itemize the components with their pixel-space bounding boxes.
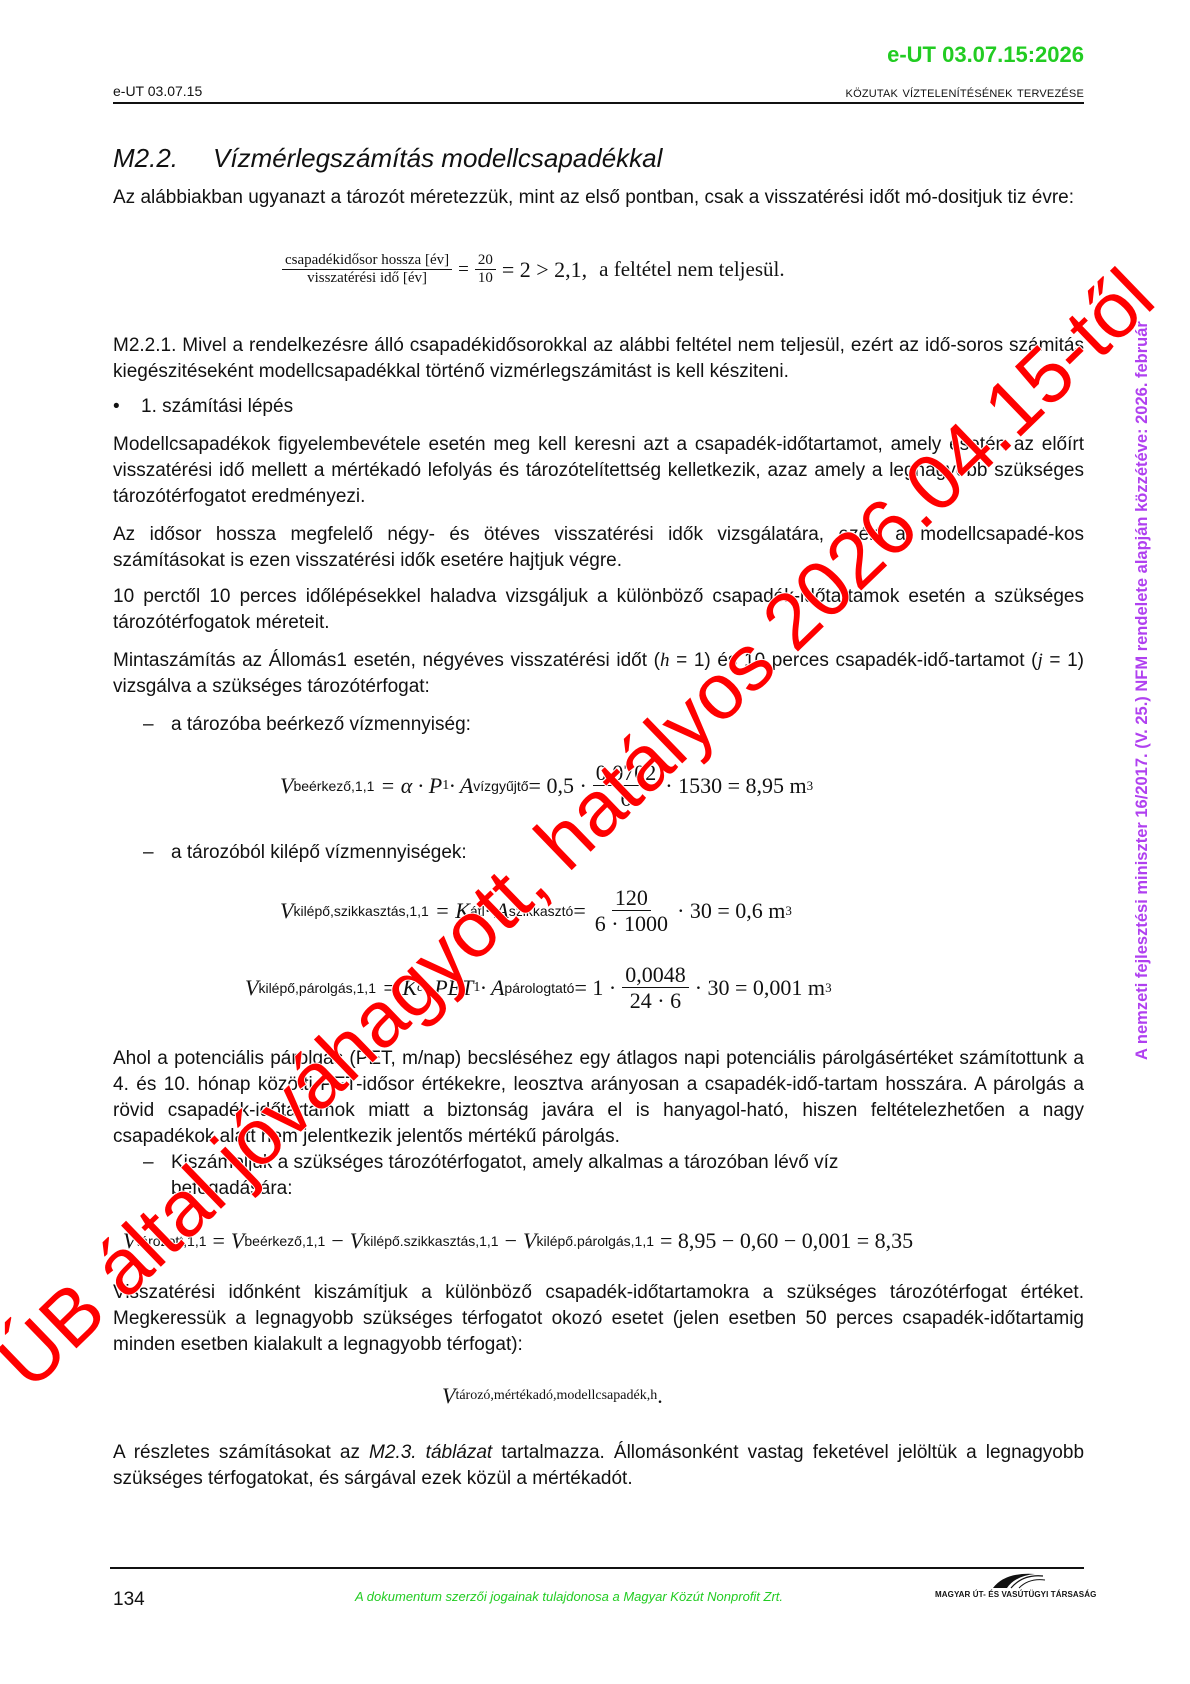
var: V [442, 1383, 455, 1409]
sub: beérkező,1,1 [244, 1233, 325, 1249]
sub: vízgyűjtő [473, 778, 528, 794]
var: V [523, 1228, 536, 1254]
header-rule [113, 102, 1084, 104]
expr: = α · P [380, 773, 442, 799]
fraction-denominator: 10 [475, 270, 496, 287]
text: A részletes számításokat az [113, 1442, 369, 1463]
text: Mintaszámítás az Állomás1 esetén, négyév… [113, 650, 660, 671]
header-doc-code: e-UT 03.07.15 [113, 83, 202, 99]
storage-formula: Vtározott,1,1 = Vbeérkező,1,1 − Vkilépő.… [123, 1228, 913, 1254]
var: V [231, 1228, 244, 1254]
eq: = 1 · [574, 975, 616, 1001]
table-reference: M2.3. táblázat [369, 1442, 492, 1463]
header-doc-title: Közutak víztelenítésének tervezése [846, 84, 1084, 101]
logo-text: MAGYAR ÚT- ÉS VASÚTÜGYI TÁRSASÁG [935, 1590, 1096, 1599]
minus: − [505, 1228, 517, 1254]
var: · A [449, 773, 473, 799]
sup: 3 [807, 778, 814, 794]
section-title: M2.2.Vízmérlegszámítás modellcsapadékkal [113, 143, 662, 174]
var: V [280, 898, 293, 924]
dash-item-outflow: –a tározóból kilépő vízmennyiségek: [143, 840, 467, 866]
design-volume-formula: Vtározó,mértékadó,modellcsapadék,h. [442, 1383, 663, 1409]
result: · 30 = 0,6 m [677, 898, 785, 924]
sub: tározó,mértékadó,modellcsapadék,h [455, 1388, 657, 1404]
period: . [657, 1383, 663, 1409]
var: V [280, 773, 293, 799]
page-number: 134 [113, 1589, 145, 1611]
condition-formula: csapadékidősor hossza [év]visszatérési i… [282, 252, 785, 288]
society-logo: MAGYAR ÚT- ÉS VASÚTÜGYI TÁRSASÁG [935, 1568, 1085, 1608]
road-arc-icon [935, 1568, 1085, 1592]
condition-result: = 2 > 2,1, [502, 257, 587, 283]
fraction-denominator: 6 · 1000 [592, 911, 671, 936]
fraction-denominator: visszatérési idő [év] [304, 270, 430, 287]
condition-text: a feltétel nem teljesül. [599, 257, 784, 282]
sup: 3 [785, 903, 792, 919]
section-number: M2.2. [113, 143, 213, 174]
fraction-numerator: 20 [475, 252, 496, 270]
paragraph-sample: Mintaszámítás az Állomás1 esetén, négyév… [113, 648, 1084, 700]
equals: = [458, 259, 469, 281]
sub: kilépő.szikkasztás,1,1 [363, 1233, 498, 1249]
bullet-dot-icon: • [113, 396, 141, 418]
sub: párologtató [504, 980, 574, 996]
minus: − [331, 1228, 343, 1254]
paragraph-intro: Az alábbiakban ugyanazt a tározót mérete… [113, 185, 1084, 211]
paragraph-timestep: 10 perctől 10 perces időlépésekkel halad… [113, 584, 1084, 636]
dash-item-inflow: –a tározóba beérkező vízmennyiség: [143, 712, 471, 738]
result: = 8,95 − 0,60 − 0,001 = 8,35 [660, 1228, 913, 1254]
paragraph-return-period: Visszatérési időnként kiszámítjuk a külö… [113, 1280, 1084, 1358]
dash-text: a tározóból kilépő vízmennyiségek: [171, 842, 467, 863]
copyright-notice: A dokumentum szerzői jogainak tulajdonos… [355, 1589, 783, 1604]
var: V [245, 975, 258, 1001]
standard-stamp: e-UT 03.07.15:2026 [887, 42, 1084, 68]
bullet-step-1: •1. számítási lépés [113, 396, 293, 418]
bullet-text: 1. számítási lépés [141, 396, 293, 417]
fraction-numerator: 120 [612, 885, 651, 911]
fraction-numerator: 0,0048 [622, 962, 689, 988]
sub: kilépő,szikkasztás,1,1 [293, 903, 428, 919]
dash-text: a tározóba beérkező vízmennyiség: [171, 714, 471, 735]
sub: beérkező,1,1 [293, 778, 374, 794]
result: · 30 = 0,001 m [695, 975, 825, 1001]
sub: 1 [442, 778, 449, 794]
sup: 3 [825, 980, 832, 996]
sub: kilépő.párolgás,1,1 [536, 1233, 654, 1249]
eq: = [573, 898, 585, 924]
paragraph-m221: M2.2.1. Mivel a rendelkezésre álló csapa… [113, 333, 1084, 385]
publication-note: A nemzeti fejlesztési miniszter 16/2017.… [1133, 321, 1152, 1060]
paragraph-details: A részletes számításokat az M2.3. tábláz… [113, 1440, 1084, 1492]
section-title-text: Vízmérlegszámítás modellcsapadékkal [213, 143, 662, 173]
var: V [350, 1228, 363, 1254]
fraction-denominator: 24 · 6 [627, 988, 684, 1013]
fraction-numerator: csapadékidősor hossza [év] [282, 252, 452, 270]
